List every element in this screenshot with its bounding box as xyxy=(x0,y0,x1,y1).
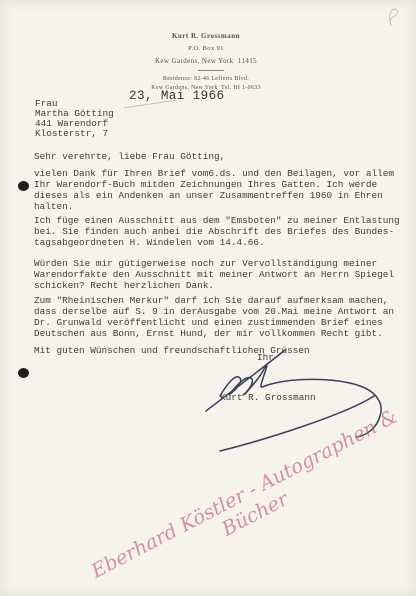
watermark-text: Eberhard Köstler - Autographen & Bücher xyxy=(62,391,416,596)
typed-signature-name: Kurt R. Grossmann xyxy=(220,392,316,403)
recipient-address: Frau Martha Götting 441 Warendorf Kloste… xyxy=(35,99,114,139)
signoff-ihr: Ihr xyxy=(257,352,274,363)
punch-dot-top xyxy=(18,181,29,191)
letterhead-divider xyxy=(198,70,224,71)
letterhead-pobox: P.O. Box 91 xyxy=(0,45,412,52)
salutation: Sehr verehrte, liebe Frau Götting, xyxy=(34,151,225,162)
letter-scan: Kurt R. Grossmann P.O. Box 91 Kew Garden… xyxy=(0,0,416,596)
punch-dot-bottom xyxy=(18,368,29,378)
pencil-mark xyxy=(390,9,398,26)
body-paragraph-4: Zum "Rheinischen Merkur" darf ich Sie da… xyxy=(34,295,406,339)
signature-tail xyxy=(220,396,374,451)
date-line: 23, Mai 1966 xyxy=(129,89,225,103)
body-paragraph-2: Ich füge einen Ausschnitt aus dem "Emsbo… xyxy=(34,215,406,248)
letterhead-name: Kurt R. Grossmann xyxy=(0,32,412,40)
letterhead-residence: Residence: 82-46 Lefferts Blvd. xyxy=(0,76,412,82)
body-paragraph-3: Würden Sie mir gütigerweise noch zur Ver… xyxy=(34,258,406,291)
letterhead-city: Kew Gardens, New York 11415 xyxy=(0,57,412,65)
body-paragraph-1: vielen Dank für Ihren Brief vom6.ds. und… xyxy=(34,168,406,212)
